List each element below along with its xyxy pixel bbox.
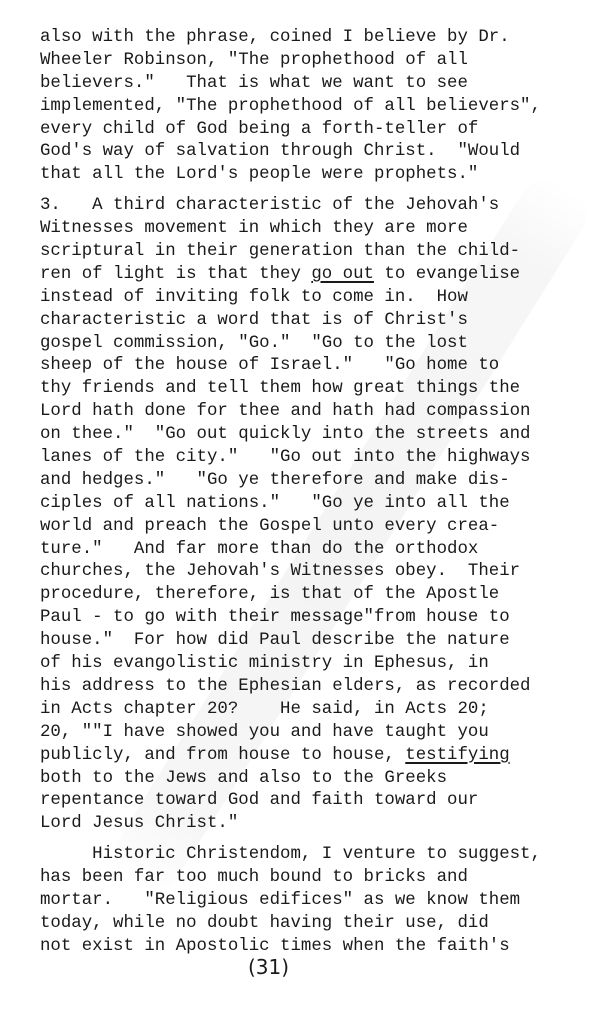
text-line: Paul - to go with their message"from hou… bbox=[40, 607, 585, 630]
text-line: Historic Christendom, I venture to sugge… bbox=[40, 844, 585, 867]
text-line: repentance toward God and faith toward o… bbox=[40, 790, 585, 813]
text-line: both to the Jews and also to the Greeks bbox=[40, 768, 585, 791]
text-line: God's way of salvation through Christ. "… bbox=[40, 141, 585, 164]
text-line: ture." And far more than do the orthodox bbox=[40, 539, 585, 562]
text-line: today, while no doubt having their use, … bbox=[40, 913, 585, 936]
text-line: of his evangolistic ministry in Ephesus,… bbox=[40, 653, 585, 676]
text-line: ren of light is that they go out to evan… bbox=[40, 264, 585, 287]
text-line: implemented, "The prophethood of all bel… bbox=[40, 96, 585, 119]
text-line: on thee." "Go out quickly into the stree… bbox=[40, 424, 585, 447]
text-line: also with the phrase, coined I believe b… bbox=[40, 27, 585, 50]
text-line: thy friends and tell them how great thin… bbox=[40, 378, 585, 401]
text-line: that all the Lord's people were prophets… bbox=[40, 164, 585, 187]
text-line: characteristic a word that is of Christ'… bbox=[40, 310, 585, 333]
underlined-text: go out bbox=[311, 265, 374, 284]
text-line: in Acts chapter 20? He said, in Acts 20; bbox=[40, 699, 585, 722]
text-line: not exist in Apostolic times when the fa… bbox=[40, 936, 585, 959]
text-line: 3. A third characteristic of the Jehovah… bbox=[40, 195, 585, 218]
text-line: churches, the Jehovah's Witnesses obey. … bbox=[40, 561, 585, 584]
underlined-text: testifying bbox=[405, 746, 509, 765]
text-line: Lord hath done for thee and hath had com… bbox=[40, 401, 585, 424]
text-line: mortar. "Religious edifices" as we know … bbox=[40, 890, 585, 913]
text-line: has been far too much bound to bricks an… bbox=[40, 867, 585, 890]
paragraph: also with the phrase, coined I believe b… bbox=[40, 27, 585, 187]
text-line: sheep of the house of Israel." "Go home … bbox=[40, 355, 585, 378]
text-line: procedure, therefore, is that of the Apo… bbox=[40, 584, 585, 607]
text-line: publicly, and from house to house, testi… bbox=[40, 745, 585, 768]
document-page: also with the phrase, coined I believe b… bbox=[0, 0, 600, 1029]
text-line: and hedges." "Go ye therefore and make d… bbox=[40, 470, 585, 493]
text-line: world and preach the Gospel unto every c… bbox=[40, 516, 585, 539]
text-line: house." For how did Paul describe the na… bbox=[40, 630, 585, 653]
text-line: Witnesses movement in which they are mor… bbox=[40, 218, 585, 241]
text-line: every child of God being a forth-teller … bbox=[40, 119, 585, 142]
body-text: also with the phrase, coined I believe b… bbox=[40, 27, 585, 959]
page-number: (31) bbox=[248, 955, 289, 979]
text-line: ciples of all nations." "Go ye into all … bbox=[40, 493, 585, 516]
text-line: scriptural in their generation than the … bbox=[40, 241, 585, 264]
text-line: Lord Jesus Christ." bbox=[40, 813, 585, 836]
paragraph: Historic Christendom, I venture to sugge… bbox=[40, 844, 585, 958]
text-line: believers." That is what we want to see bbox=[40, 73, 585, 96]
text-line: lanes of the city." "Go out into the hig… bbox=[40, 447, 585, 470]
text-line: instead of inviting folk to come in. How bbox=[40, 287, 585, 310]
paragraph: 3. A third characteristic of the Jehovah… bbox=[40, 195, 585, 836]
text-line: 20, ""I have showed you and have taught … bbox=[40, 722, 585, 745]
text-line: his address to the Ephesian elders, as r… bbox=[40, 676, 585, 699]
text-line: Wheeler Robinson, "The prophethood of al… bbox=[40, 50, 585, 73]
text-line: gospel commission, "Go." "Go to the lost bbox=[40, 333, 585, 356]
